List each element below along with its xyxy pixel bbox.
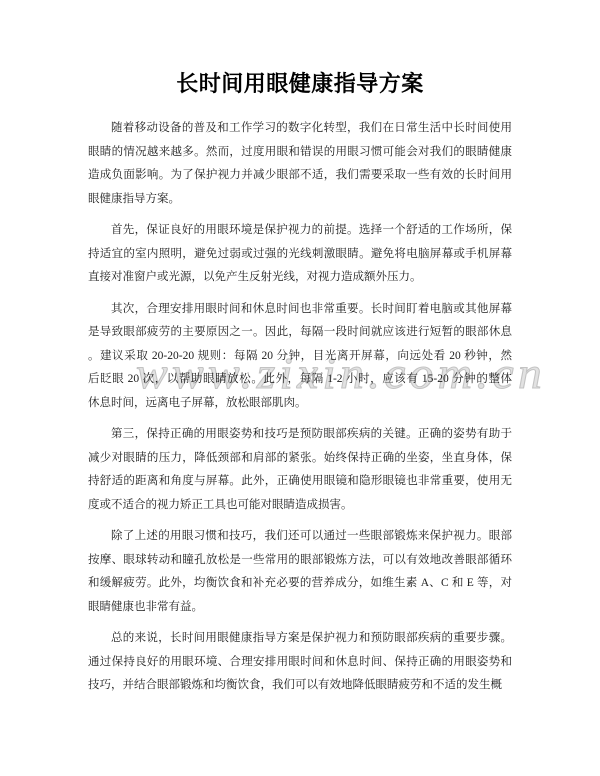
paragraph: 首先，保证良好的用眼环境是保护视力的前提。选择一个舒适的工作场所，保持适宜的室内… xyxy=(88,219,512,290)
text-line: 减少对眼睛的压力，降低颈部和肩部的紧张。始终保持正确的坐姿，坐直身体，保 xyxy=(88,447,512,471)
text-line: 眼健康指导方案。 xyxy=(88,188,512,212)
text-line: 持舒适的距离和角度与屏幕。此外，正确使用眼镜和隐形眼镜也非常重要，使用无 xyxy=(88,470,512,494)
document-body: 随着移动设备的普及和工作学习的数字化转型，我们在日常生活中长时间使用眼睛的情况越… xyxy=(88,117,512,698)
text-line: 眼睛的情况越来越多。然而，过度用眼和错误的用眼习惯可能会对我们的眼睛健康 xyxy=(88,141,512,165)
document-title: 长时间用眼健康指导方案 xyxy=(88,69,512,99)
text-line: 其次，合理安排用眼时间和休息时间也非常重要。长时间盯着电脑或其他屏幕 xyxy=(88,298,512,322)
paragraph: 除了上述的用眼习惯和技巧，我们还可以通过一些眼部锻炼来保护视力。眼部按摩、眼球转… xyxy=(88,525,512,619)
paragraph: 随着移动设备的普及和工作学习的数字化转型，我们在日常生活中长时间使用眼睛的情况越… xyxy=(88,117,512,211)
text-line: 随着移动设备的普及和工作学习的数字化转型，我们在日常生活中长时间使用 xyxy=(88,117,512,141)
text-line: 眼睛健康也非常有益。 xyxy=(88,596,512,620)
document-page: www.zixin.com.cn 长时间用眼健康指导方案 随着移动设备的普及和工… xyxy=(0,0,600,776)
text-line: 第三，保持正确的用眼姿势和技巧是预防眼部疾病的关键。正确的姿势有助于 xyxy=(88,423,512,447)
paragraph: 总的来说，长时间用眼健康指导方案是保护视力和预防眼部疾病的重要步骤。通过保持良好… xyxy=(88,627,512,698)
text-line: 按摩、眼球转动和瞳孔放松是一些常用的眼部锻炼方法，可以有效地改善眼部循环 xyxy=(88,549,512,573)
paragraph: 其次，合理安排用眼时间和休息时间也非常重要。长时间盯着电脑或其他屏幕是导致眼部疲… xyxy=(88,298,512,416)
text-line: 技巧，并结合眼部锻炼和均衡饮食，我们可以有效地降低眼睛疲劳和不适的发生概 xyxy=(88,674,512,698)
text-line: 造成负面影响。为了保护视力并减少眼部不适，我们需要采取一些有效的长时间用 xyxy=(88,164,512,188)
paragraph: 第三，保持正确的用眼姿势和技巧是预防眼部疾病的关键。正确的姿势有助于减少对眼睛的… xyxy=(88,423,512,517)
text-line: 持适宜的室内照明，避免过弱或过强的光线刺激眼睛。避免将电脑屏幕或手机屏幕 xyxy=(88,243,512,267)
document-content: 长时间用眼健康指导方案 随着移动设备的普及和工作学习的数字化转型，我们在日常生活… xyxy=(88,69,512,698)
text-line: 除了上述的用眼习惯和技巧，我们还可以通过一些眼部锻炼来保护视力。眼部 xyxy=(88,525,512,549)
text-line: 后眨眼 20 次，以帮助眼睛放松。此外，每隔 1-2 小时，应该有 15-20 … xyxy=(88,368,512,392)
text-line: 直接对准窗户或光源，以免产生反射光线，对视力造成额外压力。 xyxy=(88,266,512,290)
text-line: 首先，保证良好的用眼环境是保护视力的前提。选择一个舒适的工作场所，保 xyxy=(88,219,512,243)
text-line: 通过保持良好的用眼环境、合理安排用眼时间和休息时间、保持正确的用眼姿势和 xyxy=(88,651,512,675)
text-line: 和缓解疲劳。此外，均衡饮食和补充必要的营养成分，如维生素 A、C 和 E 等，对 xyxy=(88,572,512,596)
text-line: 度或不适合的视力矫正工具也可能对眼睛造成损害。 xyxy=(88,494,512,518)
text-line: 休息时间，远离电子屏幕，放松眼部肌肉。 xyxy=(88,392,512,416)
text-line: 。建议采取 20-20-20 规则：每隔 20 分钟，目光离开屏幕，向远处看 2… xyxy=(88,345,512,369)
text-line: 是导致眼部疲劳的主要原因之一。因此，每隔一段时间就应该进行短暂的眼部休息 xyxy=(88,321,512,345)
text-line: 总的来说，长时间用眼健康指导方案是保护视力和预防眼部疾病的重要步骤。 xyxy=(88,627,512,651)
